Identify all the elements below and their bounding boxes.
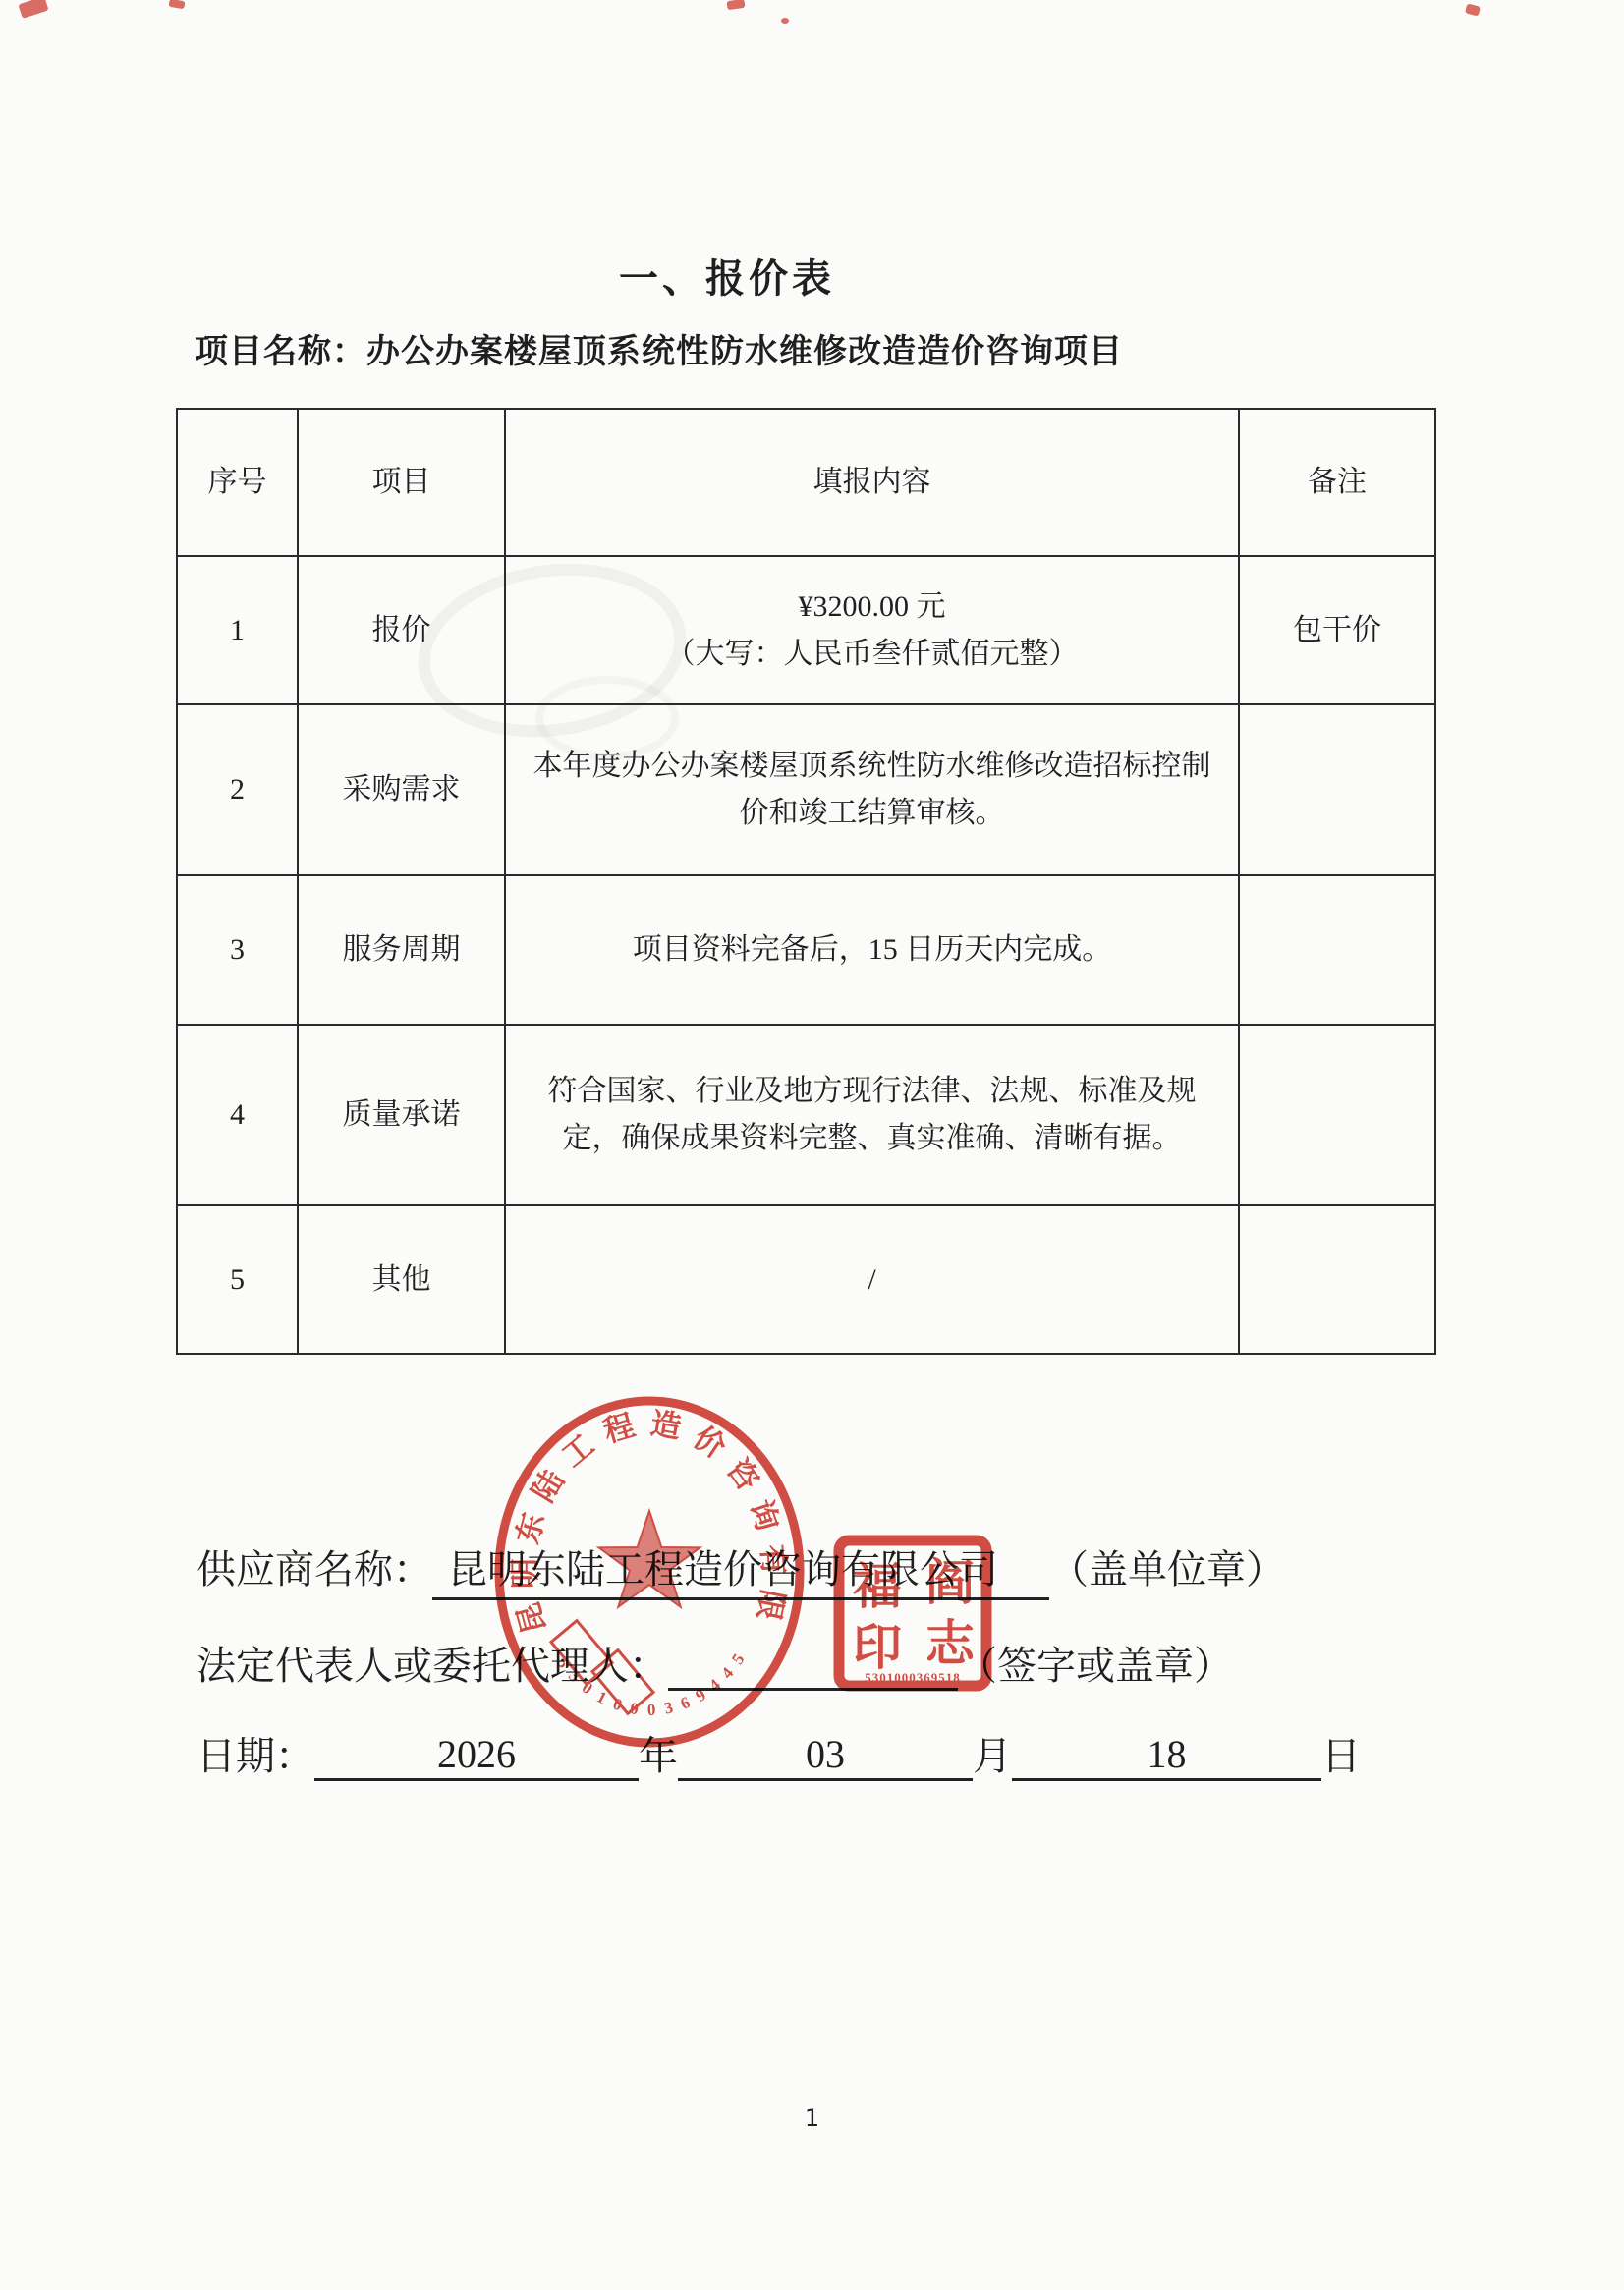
- content-cell: 符合国家、行业及地方现行法律、法规、标准及规定，确保成果资料完整、真实准确、清晰…: [505, 1025, 1239, 1205]
- round-company-seal: 昆明东陆工程造价咨询有限公司 5301000369445: [484, 1385, 814, 1759]
- note-cell: [1239, 704, 1435, 875]
- quotation-table: 序号 项目 填报内容 备注 1 报价 ¥3200.00 元 （大写：人民币叁仟贰…: [176, 408, 1436, 1355]
- note-cell: [1239, 1025, 1435, 1205]
- seal-char: 阎: [925, 1555, 975, 1610]
- page-title: 一、报价表: [0, 248, 1454, 304]
- seq-cell: 4: [177, 1025, 298, 1205]
- seq-cell: 2: [177, 704, 298, 875]
- date-day: 18: [1012, 1731, 1321, 1781]
- seal-star: [599, 1511, 700, 1607]
- content-cell: ¥3200.00 元 （大写：人民币叁仟贰佰元整）: [505, 556, 1239, 704]
- scan-artifact: [781, 18, 789, 24]
- scan-artifact: [18, 0, 48, 19]
- table-header-row: 序号 项目 填报内容 备注: [177, 409, 1435, 556]
- table-row: 5 其他 /: [177, 1205, 1435, 1354]
- note-cell: [1239, 1205, 1435, 1354]
- column-header-note: 备注: [1239, 409, 1435, 556]
- supplier-label: 供应商名称：: [196, 1547, 432, 1592]
- page-number: 1: [0, 2104, 1624, 2132]
- seal-char: 志: [925, 1616, 976, 1671]
- column-header-seq: 序号: [177, 409, 298, 556]
- price-words: （大写：人民币叁仟贰佰元整）: [520, 631, 1224, 678]
- table-row: 3 服务周期 项目资料完备后，15 日历天内完成。: [177, 875, 1435, 1025]
- table-row: 1 报价 ¥3200.00 元 （大写：人民币叁仟贰佰元整） 包干价: [177, 556, 1435, 704]
- day-unit: 日: [1321, 1734, 1361, 1778]
- seal-char: 印: [853, 1620, 902, 1675]
- price-figure: ¥3200.00 元: [520, 584, 1224, 631]
- content-cell: /: [505, 1205, 1239, 1354]
- supplier-suffix: （盖单位章）: [1049, 1547, 1285, 1592]
- table-row: 4 质量承诺 符合国家、行业及地方现行法律、法规、标准及规定，确保成果资料完整、…: [177, 1025, 1435, 1205]
- table-row: 2 采购需求 本年度办公办案楼屋顶系统性防水维修改造招标控制价和竣工结算审核。: [177, 704, 1435, 875]
- item-cell: 服务周期: [298, 875, 505, 1025]
- content-cell: 本年度办公办案楼屋顶系统性防水维修改造招标控制价和竣工结算审核。: [505, 704, 1239, 875]
- column-header-content: 填报内容: [505, 409, 1239, 556]
- note-cell: [1239, 875, 1435, 1025]
- item-cell: 采购需求: [298, 704, 505, 875]
- item-cell: 质量承诺: [298, 1025, 505, 1205]
- seal-char: 福: [853, 1559, 902, 1614]
- document-page: 一、报价表 项目名称：办公办案楼屋顶系统性防水维修改造造价咨询项目 序号 项目 …: [0, 0, 1624, 2290]
- seal-company-text: 昆明东陆工程造价咨询有限公司: [484, 1385, 792, 1638]
- square-name-seal: 福 阎 印 志 5301000369518: [831, 1533, 994, 1700]
- scan-artifact: [1465, 3, 1481, 16]
- seal-serial-number: 5301000369445: [553, 1648, 751, 1719]
- project-name: 项目名称：办公办案楼屋顶系统性防水维修改造造价咨询项目: [195, 324, 1123, 372]
- item-cell: 其他: [298, 1205, 505, 1354]
- month-unit: 月: [973, 1734, 1012, 1778]
- seq-cell: 1: [177, 556, 298, 704]
- scan-artifact: [726, 0, 745, 10]
- scan-artifact: [168, 0, 185, 9]
- seal-serial-number: 5301000369518: [865, 1670, 961, 1685]
- date-label: 日期：: [196, 1734, 314, 1778]
- item-cell: 报价: [298, 556, 505, 704]
- note-cell: 包干价: [1239, 556, 1435, 704]
- legal-suffix: （签字或盖章）: [958, 1644, 1233, 1688]
- seq-cell: 3: [177, 875, 298, 1025]
- column-header-item: 项目: [298, 409, 505, 556]
- seq-cell: 5: [177, 1205, 298, 1354]
- content-cell: 项目资料完备后，15 日历天内完成。: [505, 875, 1239, 1025]
